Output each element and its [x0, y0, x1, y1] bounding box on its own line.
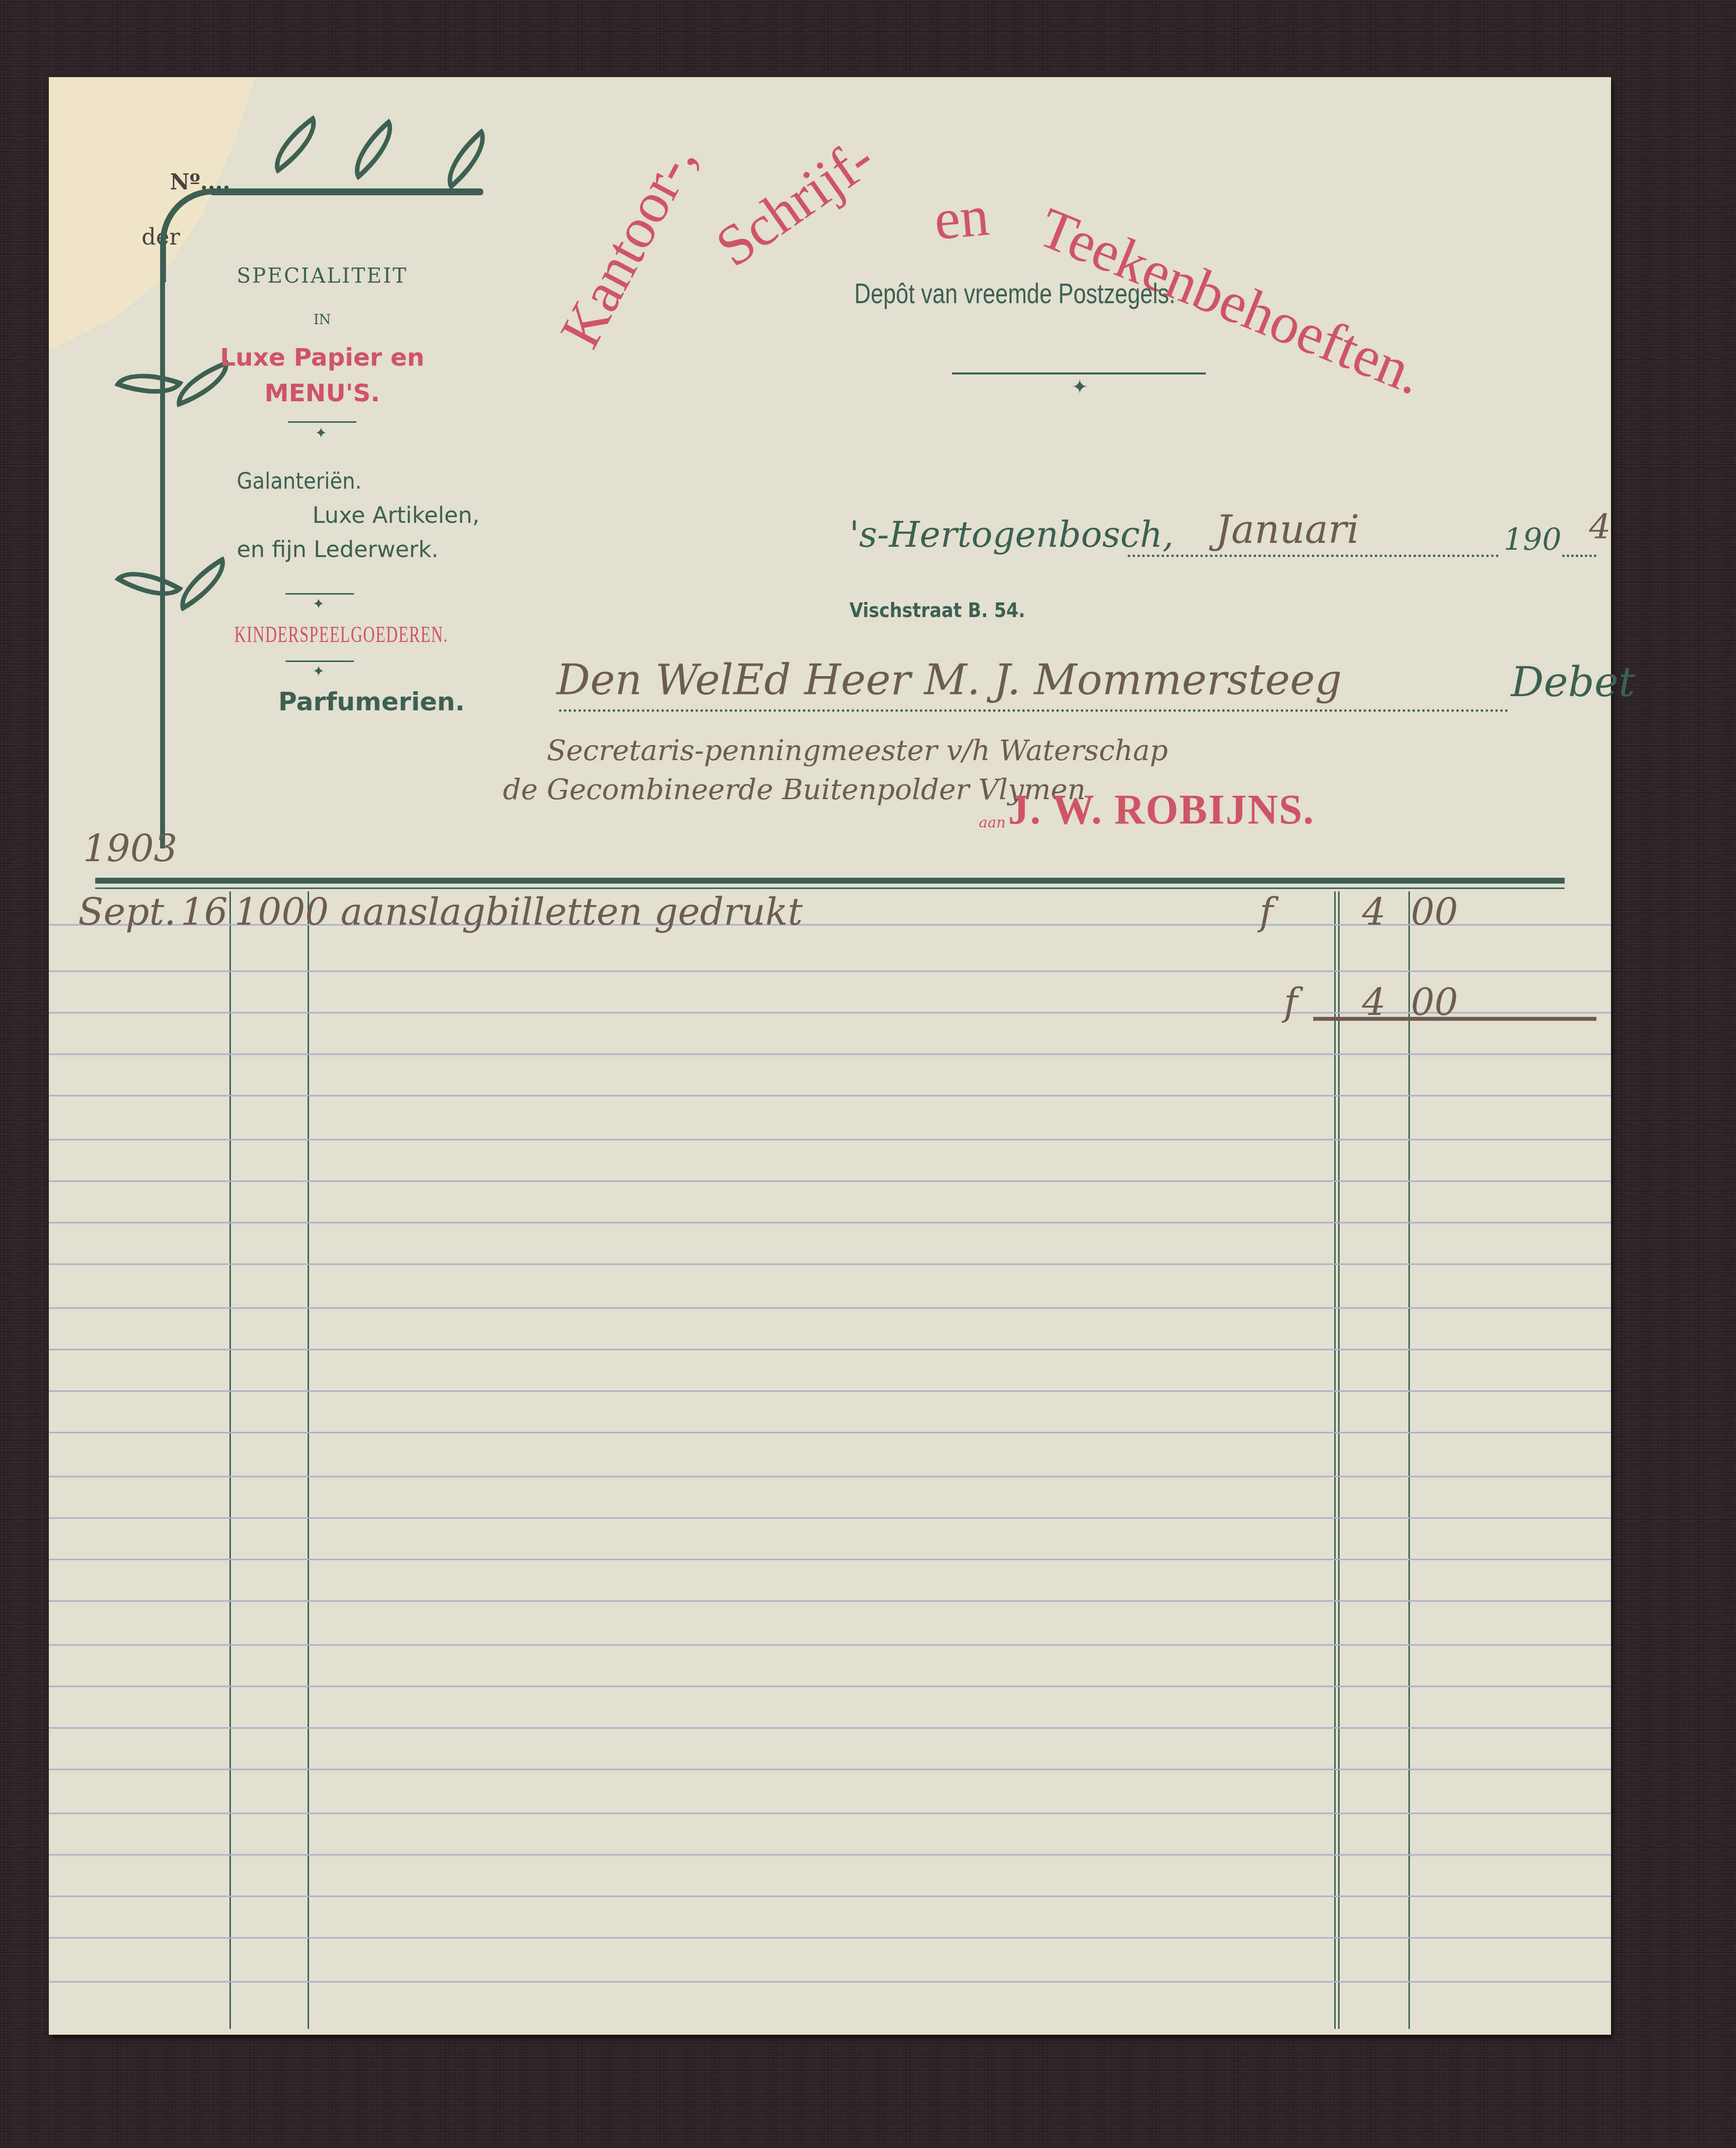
- invoice-paper: Nº.... der SPECIALITEIT IN Luxe Papier e…: [49, 77, 1611, 2035]
- entry-currency: f: [1260, 890, 1273, 933]
- merchant-name: J. W. ROBIJNS.: [1008, 785, 1315, 834]
- ruling-line: [49, 1644, 1611, 1646]
- ruling-line: [49, 1222, 1611, 1223]
- entry-month: Sept.: [78, 890, 176, 933]
- column-line-amount-left-double: [1338, 891, 1340, 2029]
- luxe-papier-label: Luxe Papier en: [186, 343, 459, 372]
- addressee-line-3: de Gecombineerde Buitenpolder Vlymen: [503, 773, 1086, 806]
- leaf-icon: [115, 556, 184, 611]
- year-printed: 190: [1504, 521, 1561, 557]
- leaf-icon: [262, 115, 330, 174]
- ruling-line: [49, 1139, 1611, 1140]
- ruling-line: [49, 1349, 1611, 1350]
- fleuron-icon: ✦: [312, 663, 325, 680]
- leaf-icon: [433, 128, 499, 190]
- fleuron-icon: ✦: [315, 425, 327, 442]
- ruling-line: [49, 971, 1611, 972]
- menus-label: MENU'S.: [186, 379, 459, 407]
- aan-label: aan: [979, 814, 1006, 831]
- galanterien-label: Galanteriën.: [237, 468, 362, 494]
- ruling-line: [49, 1600, 1611, 1602]
- divider: [286, 661, 354, 662]
- ruling-line: [49, 1559, 1611, 1560]
- ornament-rule: [952, 372, 1206, 374]
- place-label: 's-Hertogenbosch,: [849, 514, 1174, 555]
- entry-guilders: 4: [1362, 890, 1385, 933]
- ruling-line: [49, 1769, 1611, 1770]
- heading-word-schrijf: Schrijf-: [704, 125, 886, 280]
- ledger-year: 1903: [83, 826, 177, 870]
- in-label: IN: [186, 311, 459, 328]
- ruling-line: [49, 1180, 1611, 1182]
- addressee-line-2: Secretaris-penningmeester v/h Waterschap: [547, 734, 1168, 767]
- ruling-line: [49, 1854, 1611, 1856]
- divider: [288, 421, 356, 423]
- leaf-icon: [114, 360, 183, 407]
- street-address: Vischstraat B. 54.: [849, 599, 1025, 622]
- ruling-line: [49, 1813, 1611, 1814]
- year-handwritten: 4: [1589, 507, 1611, 547]
- addressee-dotted-line: [559, 709, 1509, 712]
- total-guilders: 4: [1362, 980, 1385, 1024]
- ruling-line: [49, 1937, 1611, 1939]
- leaf-icon: [168, 556, 237, 611]
- fleuron-icon: ✦: [312, 596, 325, 613]
- ruling-line: [49, 1263, 1611, 1265]
- specialiteit-heading: SPECIALITEIT: [186, 264, 459, 288]
- torn-corner-patch: [49, 77, 269, 351]
- asterism-icon: ✦: [1072, 376, 1088, 398]
- date-dotted-line: [1128, 555, 1499, 557]
- heading-word-en: en: [931, 183, 992, 253]
- ruling-line: [49, 1896, 1611, 1897]
- column-line-month: [229, 891, 231, 2029]
- ruling-line: [49, 1686, 1611, 1687]
- kinderspeelgoederen-label: KINDERSPEELGOEDEREN.: [234, 621, 448, 647]
- parfumerien-label: Parfumerien.: [278, 687, 465, 717]
- vine-stem-icon: [160, 263, 165, 848]
- ruling-line: [49, 1307, 1611, 1309]
- ruling-line: [49, 1981, 1611, 1983]
- column-line-day: [308, 891, 309, 2029]
- ruling-line: [49, 1053, 1611, 1055]
- vine-branch-icon: [210, 188, 483, 195]
- ruling-line: [49, 1517, 1611, 1519]
- total-currency: f: [1284, 980, 1298, 1024]
- header-rule-thick: [95, 878, 1565, 884]
- heading-word-kantoor: Kantoor-,: [547, 132, 709, 358]
- entry-day: 16: [181, 890, 228, 933]
- divider: [286, 593, 354, 595]
- ruling-line: [49, 1390, 1611, 1392]
- column-line-amount-left: [1334, 891, 1336, 2029]
- luxe-artikelen-label: Luxe Artikelen,: [312, 502, 479, 528]
- addressee-line-1: Den WelEd Heer M. J. Mommersteeg: [557, 656, 1342, 704]
- entry-description: 1000 aanslagbilletten gedrukt: [234, 890, 803, 933]
- leaf-icon: [340, 119, 407, 180]
- ruling-line: [49, 1095, 1611, 1096]
- depot-subtitle: Depôt van vreemde Postzegels.: [854, 277, 1176, 310]
- total-cents: 00: [1411, 980, 1458, 1024]
- ruling-line: [49, 1727, 1611, 1729]
- entry-cents: 00: [1411, 890, 1458, 933]
- lederwerk-label: en fijn Lederwerk.: [237, 536, 438, 562]
- column-line-cents: [1408, 891, 1410, 2029]
- ruling-line: [49, 1432, 1611, 1433]
- month-handwritten: Januari: [1216, 507, 1359, 552]
- ruling-line: [49, 1476, 1611, 1477]
- debet-label: Debet: [1511, 658, 1635, 706]
- year-dotted-line: [1562, 555, 1596, 557]
- header-rule-thin: [95, 888, 1565, 889]
